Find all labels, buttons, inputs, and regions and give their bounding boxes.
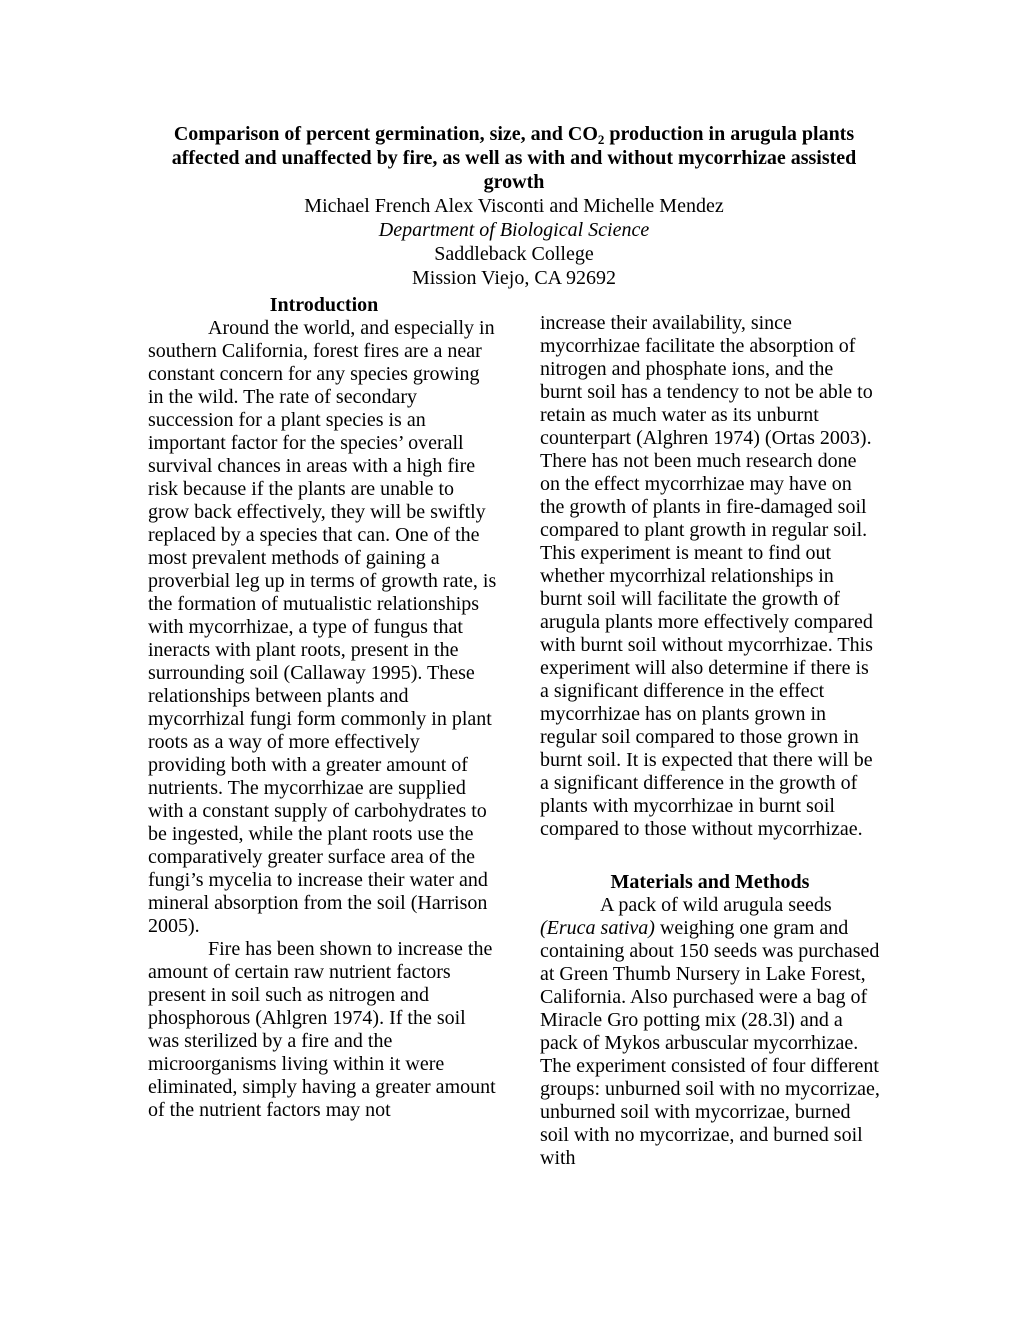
methods-text-after-species: weighing one gram and containing about 1…	[540, 917, 880, 1169]
left-column: Introduction Around the world, and espec…	[148, 294, 500, 1170]
intro-paragraph-2: Fire has been shown to increase the amou…	[148, 938, 500, 1122]
paper-title: Comparison of percent germination, size,…	[148, 122, 880, 194]
methods-text-before-species: A pack of wild arugula seeds	[600, 894, 832, 916]
species-name: (Eruca sativa)	[540, 917, 655, 939]
authors-line: Michael French Alex Visconti and Michell…	[148, 194, 880, 218]
right-column: increase their availability, since mycor…	[540, 294, 880, 1170]
document-page: Comparison of percent germination, size,…	[0, 0, 1020, 1320]
paper-title-text: Comparison of percent germination, size,…	[174, 123, 598, 145]
college-line: Saddleback College	[148, 242, 880, 266]
two-column-layout: Introduction Around the world, and espec…	[148, 294, 880, 1170]
methods-paragraph: A pack of wild arugula seeds (Eruca sati…	[540, 894, 880, 1170]
materials-methods-heading: Materials and Methods	[540, 871, 880, 894]
introduction-heading: Introduction	[148, 294, 500, 317]
department-line: Department of Biological Science	[148, 218, 880, 242]
location-line: Mission Viejo, CA 92692	[148, 266, 880, 290]
paper-header: Comparison of percent germination, size,…	[148, 122, 880, 290]
intro-paragraph-1: Around the world, and especially in sout…	[148, 317, 500, 938]
continuation-paragraph: increase their availability, since mycor…	[540, 312, 880, 841]
